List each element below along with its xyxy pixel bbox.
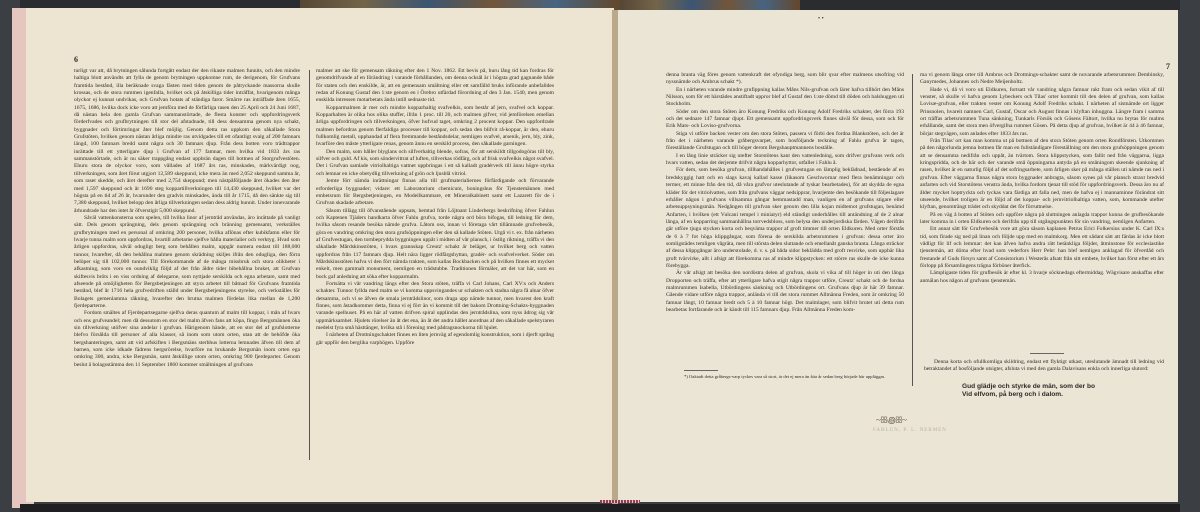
- paragraph: Fordom smältes af Fjerdepartsegarne sjel…: [74, 310, 300, 369]
- paragraph: Såsom tillägg till öfvanstående uppsats,…: [316, 208, 554, 281]
- marbled-endpaper-right: [620, 0, 800, 10]
- left-page: 6 turligt var att, då brytningen sålunda…: [26, 8, 614, 502]
- paragraph: Den malm, som håller blyglans och silfve…: [316, 149, 554, 178]
- footnote-rule: [684, 370, 718, 371]
- paragraph: Är vår afsigt att besöka den nordöstra d…: [666, 270, 904, 314]
- right-page: • • 7 denna branta väg föres genom vatte…: [618, 10, 1178, 502]
- page-number-left: 6: [74, 55, 78, 64]
- section-rule: [1030, 353, 1064, 354]
- paragraph: Kopparmalmen är mer och mindre kopparhal…: [316, 105, 554, 149]
- headband-bottom: [600, 500, 640, 503]
- printer-imprint: FAHLUN, P. L. NERMEN: [873, 428, 947, 433]
- paragraph: Stiga vi utföre backen vester om den sto…: [666, 131, 904, 153]
- right-page-column-2: ma vi genom långa orter till Ambrus och …: [920, 72, 1164, 285]
- signature-mark: • •: [818, 16, 824, 22]
- page-number-right: 7: [1166, 62, 1170, 71]
- paragraph: Ett annat sätt för Grufvebesök vore att …: [920, 226, 1164, 270]
- paragraph: I närheten af Drottningschaktet finnes e…: [316, 332, 554, 347]
- paragraph: Från Tilas' ort kan man komma ut på bott…: [920, 138, 1164, 211]
- tailpiece-ornament-icon: ~ꕥ꩜ꕥ~: [876, 414, 906, 427]
- paragraph: Söder om den stora Stöten äro Konung Fre…: [666, 109, 904, 131]
- paragraph: Jemte förr nämda inrättningar finnas all…: [316, 178, 554, 207]
- column-divider: [912, 74, 913, 386]
- paragraph: malmer att ske för gemensam räkning efte…: [316, 68, 554, 105]
- paragraph: Denna korta och ofullkomliga skildring, …: [924, 359, 1164, 374]
- motto-line: Vid elfvom, på berg och i dalom.: [962, 391, 1095, 399]
- paragraph: ma vi genom långa orter till Ambrus och …: [920, 72, 1164, 87]
- closing-motto: Gud glädje och styrke de män, som der bo…: [962, 383, 1095, 399]
- column-divider: [309, 70, 310, 460]
- paragraph: Fortsätta vi vår vandring längs efter de…: [316, 281, 554, 332]
- paragraph: turligt var att, då brytningen sålunda f…: [74, 68, 300, 215]
- paragraph: På en väg å botten af Stöten och uppföre…: [920, 212, 1164, 227]
- paragraph: denna branta väg föres genom vattenkraft…: [666, 72, 904, 87]
- right-page-column-1: denna branta väg föres genom vattenkraft…: [666, 72, 904, 314]
- footnote: *) Oaktadt detta gråbergs-varp tyckes va…: [684, 374, 906, 380]
- book-cover-bottom: [20, 504, 1180, 512]
- left-page-column-2: malmer att ske för gemensam räkning efte…: [316, 68, 554, 347]
- paragraph: För dem, som besöka grufvan, tillhandahå…: [666, 167, 904, 270]
- paragraph: Såväl vattenkonsterna som spelen, till h…: [74, 215, 300, 310]
- paragraph: I en lång linie sträcker sig utefter Sto…: [666, 153, 904, 168]
- paragraph: En i närheten varande mindre grufippning…: [666, 87, 904, 109]
- motto-line: Gud glädje och styrke de män, som der bo: [962, 383, 1095, 391]
- left-page-column-1: turligt var att, då brytningen sålunda f…: [74, 68, 300, 369]
- paragraph: Lämpligaste tiden för grufbesök är efter…: [920, 270, 1164, 285]
- closing-paragraph: Denna korta och ofullkomliga skildring, …: [924, 359, 1164, 374]
- paragraph: Hade vi, då vi voro uti Eldkuren, fortsa…: [920, 87, 1164, 138]
